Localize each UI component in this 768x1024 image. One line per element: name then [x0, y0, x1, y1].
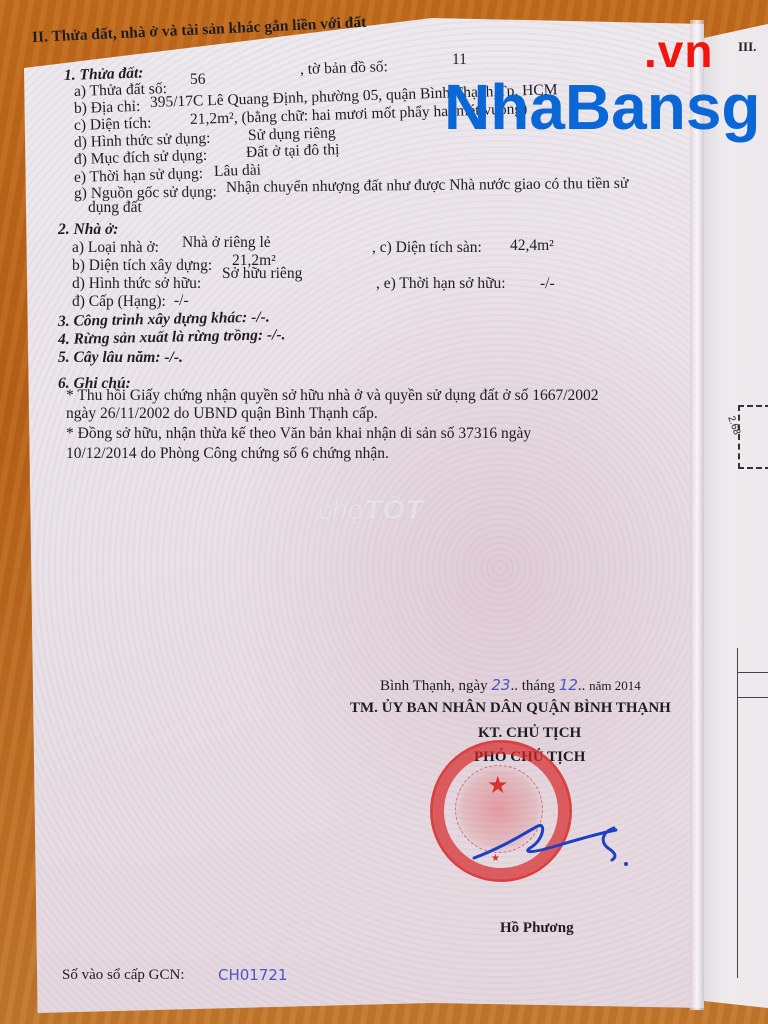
page-fold: [690, 20, 704, 1010]
table-row: [738, 648, 768, 673]
right-page-section: III.: [738, 40, 756, 53]
date-day: 23: [491, 676, 510, 694]
built-area-label: b) Diện tích xây dựng:: [72, 258, 212, 274]
note-line: ngày 26/11/2002 do UBND quận Bình Thạnh …: [66, 406, 378, 422]
place-date-prefix: Bình Thạnh, ngày: [380, 678, 488, 694]
note-line: * Đồng sở hữu, nhận thừa kế theo Văn bản…: [66, 426, 531, 442]
date-month: 12: [559, 676, 578, 694]
term-value: Lâu dài: [214, 163, 261, 180]
star-icon: ★: [487, 771, 509, 799]
map-sheet-value: 11: [452, 52, 467, 68]
note-line: 10/12/2014 do Phòng Công chứng số 6 chứn…: [66, 446, 389, 462]
place-date: Bình Thạnh, ngày 23.. tháng 12.. năm 201…: [380, 678, 641, 694]
map-sheet-label: , tờ bản đồ số:: [300, 59, 388, 77]
ownership-term-label: , e) Thời hạn sở hữu:: [376, 276, 506, 292]
note-line: * Thu hồi Giấy chứng nhận quyền sở hữu n…: [66, 388, 599, 404]
signature-scribble: [466, 812, 636, 872]
watermark-marketplace-logo: chợTỐT: [318, 494, 424, 526]
registry-label: Số vào sổ cấp GCN:: [62, 968, 185, 983]
floor-area-value: 42,4m²: [510, 238, 554, 254]
month-label: tháng: [522, 678, 555, 694]
parcel-value: 56: [190, 72, 206, 88]
origin-value-cont: dụng đất: [88, 200, 142, 216]
date-year: năm 2014: [589, 678, 641, 693]
grade-value: -/-: [174, 293, 189, 309]
address-label: b) Địa chỉ:: [74, 99, 141, 117]
house-type-label: a) Loại nhà ở:: [72, 240, 159, 256]
perennial: 5. Cây lâu năm: -/-.: [58, 350, 183, 366]
area-label: c) Diện tích:: [74, 116, 152, 134]
plot-sketch: [738, 405, 768, 469]
signer-name: Hồ Phương: [500, 921, 574, 936]
right-page-table: [737, 648, 768, 978]
grade-label: đ) Cấp (Hạng):: [72, 294, 166, 310]
ownership-term-value: -/-: [540, 276, 555, 292]
logo-part-a: chợ: [318, 494, 365, 525]
house-type-value: Nhà ở riêng lẻ: [182, 235, 271, 251]
table-row: [738, 673, 768, 698]
ownership-label: d) Hình thức sở hữu:: [72, 276, 201, 292]
purpose-value: Đất ở tại đô thị: [246, 142, 340, 160]
logo-part-b: TỐT: [365, 494, 424, 525]
ownership-value: Sở hữu riêng: [222, 266, 302, 282]
watermark-site-name: NhaBansg: [444, 70, 761, 144]
registry-number: CH01721: [218, 968, 287, 983]
issuing-authority: TM. ỦY BAN NHÂN DÂN QUẬN BÌNH THẠNH: [350, 701, 671, 716]
house-heading: 2. Nhà ở:: [58, 222, 118, 238]
on-behalf-title: KT. CHỦ TỊCH: [478, 726, 581, 741]
floor-area-label: , c) Diện tích sàn:: [372, 240, 482, 256]
